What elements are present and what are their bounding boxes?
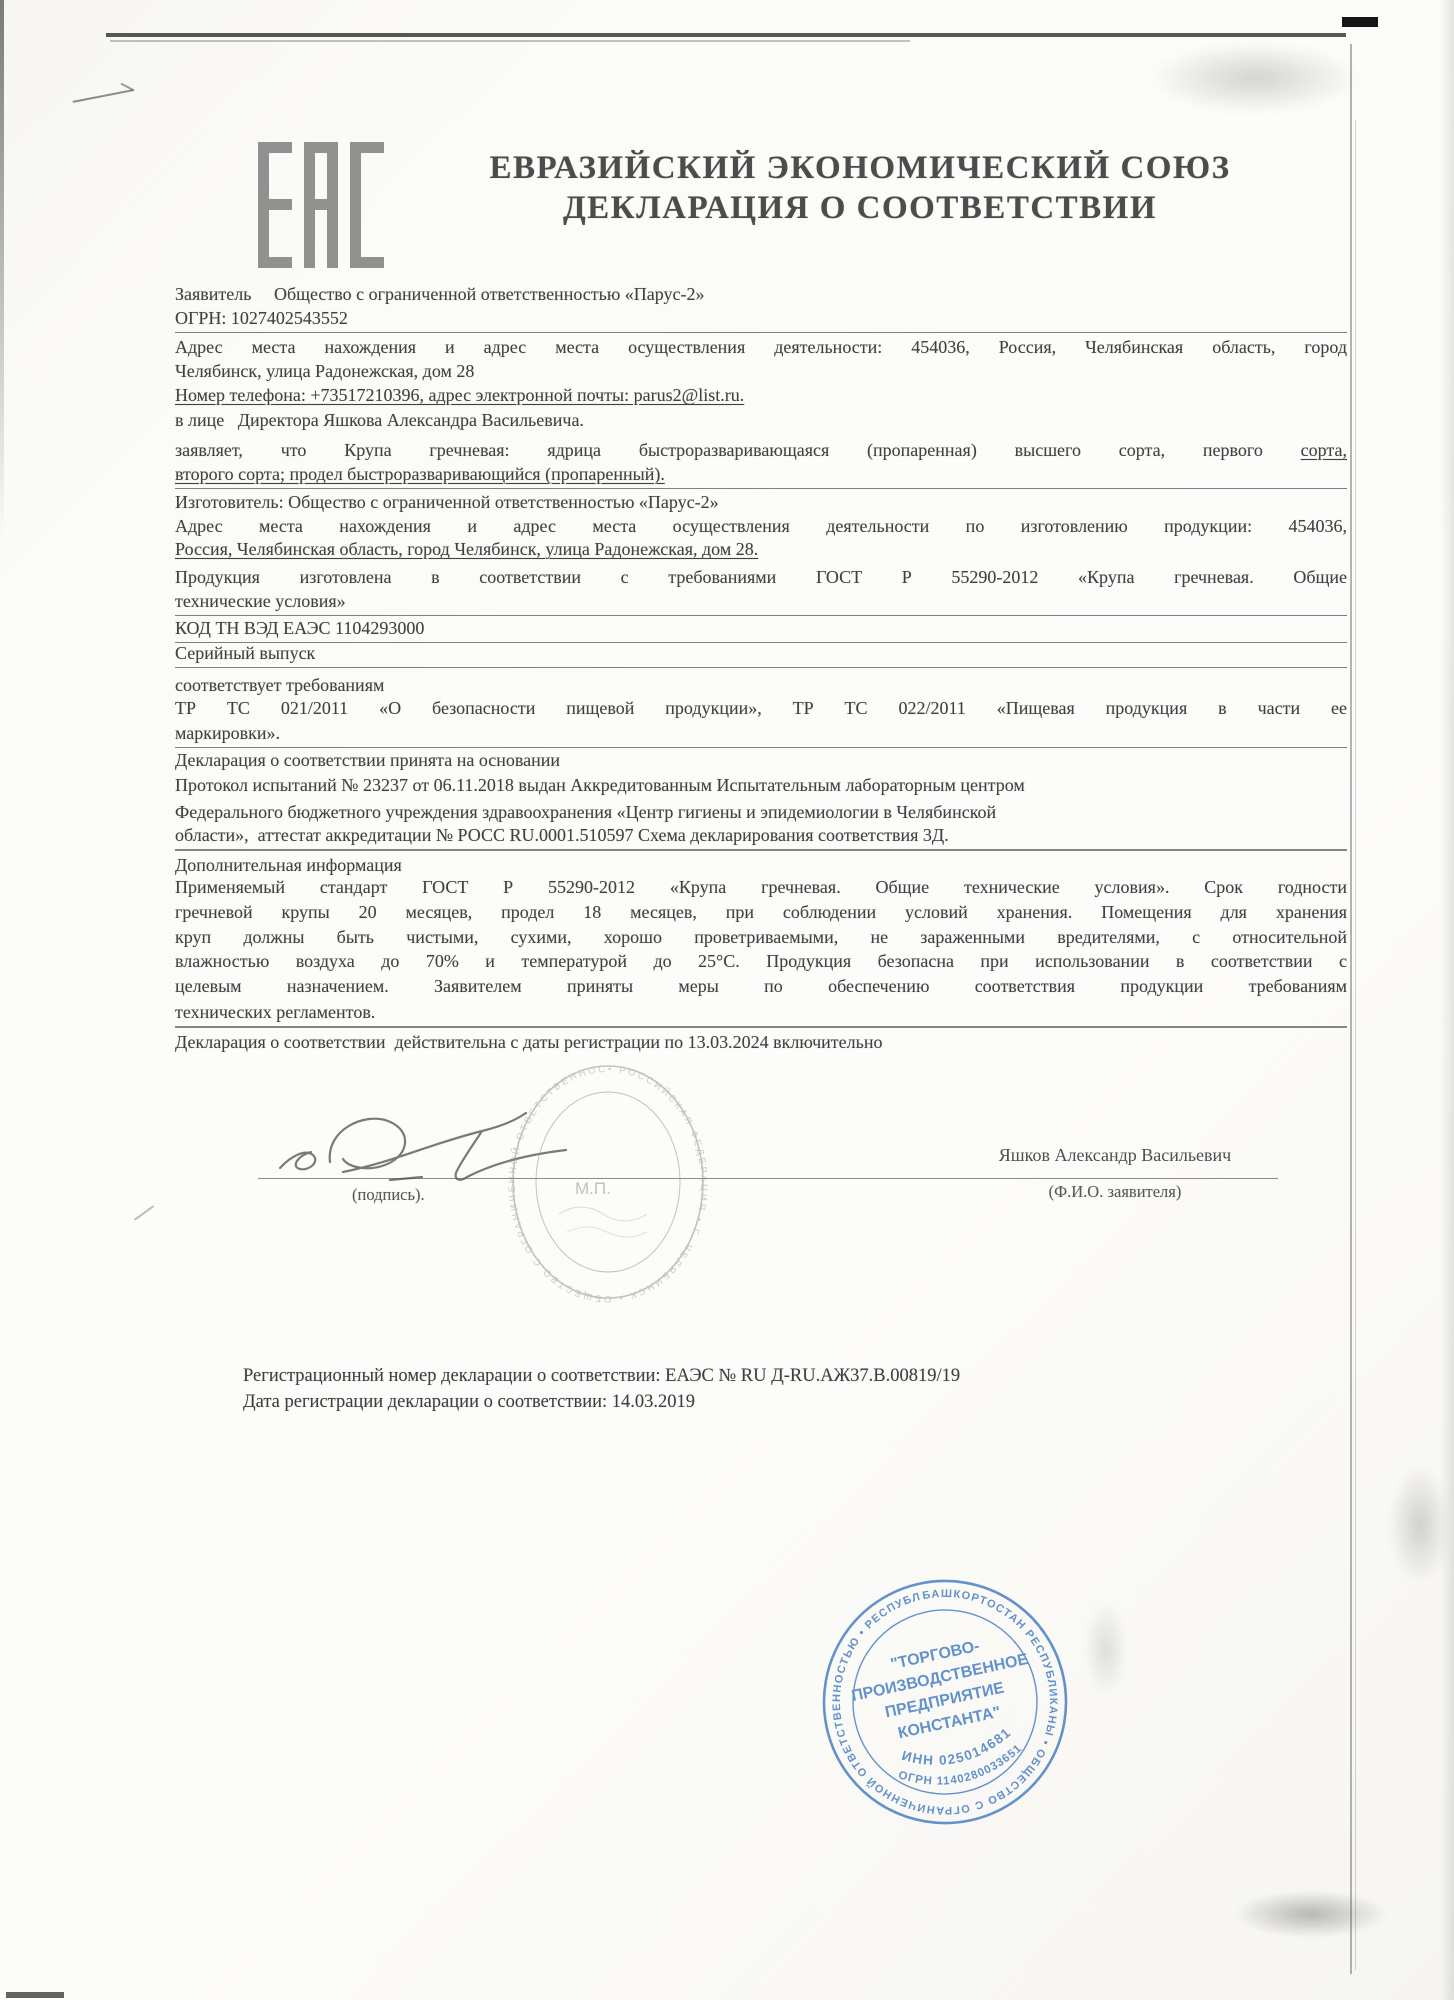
signature-caption: (подпись). [352, 1185, 425, 1205]
declares-text: заявляет, что Крупа гречневая: ядрица бы… [175, 440, 1301, 460]
addinfo-line-3: круп должны быть чистыми, сухими, хорошо… [175, 925, 1347, 951]
product-line-1: Продукция изготовлена в соответствии с т… [175, 565, 1347, 591]
addinfo-line-5: целевым назначением. Заявителем приняты … [175, 974, 1347, 1000]
phone-text: Номер телефона: +73517210396, адрес элек… [175, 385, 744, 405]
declares-line-1: заявляет, что Крупа гречневая: ядрица бы… [175, 438, 1347, 464]
complies-line-2: маркировки». [175, 721, 1347, 748]
smudge-right [1390, 1466, 1450, 1584]
addinfo-line-2: гречневой крупы 20 месяцев, продел 18 ме… [175, 900, 1347, 926]
in-person-line: в лице Директора Яшкова Александра Васил… [175, 408, 1347, 434]
address-line-2: Челябинск, улица Радонежская, дом 28 [175, 359, 1347, 385]
scanned-declaration-page: ЕВРАЗИЙСКИЙ ЭКОНОМИЧЕСКИЙ СОЮЗ ДЕКЛАРАЦИ… [0, 0, 1454, 2000]
gray-round-stamp: • РОССИЙСКАЯ ФЕДЕРАЦИЯ • Г. ЧЕЛЯБИНСК • … [497, 1056, 719, 1308]
title-line-2: ДЕКЛАРАЦИЯ О СООТВЕТСТВИИ [380, 188, 1340, 228]
validity-line: Декларация о соответствии действительна … [175, 1030, 1347, 1056]
declares-line-2: второго сорта; продел быстроразваривающи… [175, 462, 1347, 489]
manufacturer-line: Изготовитель: Общество с ограниченной от… [175, 490, 1347, 516]
mfg-address-2-text: Россия, Челябинская область, город Челяб… [175, 539, 758, 559]
pen-mark [72, 89, 133, 103]
tnved-line: КОД ТН ВЭД ЕАЭС 1104293000 [175, 616, 1347, 643]
scan-edge-shade [1440, 0, 1454, 2000]
declares-2-text: второго сорта; продел быстроразваривающи… [175, 464, 665, 484]
document-title: ЕВРАЗИЙСКИЙ ЭКОНОМИЧЕСКИЙ СОЮЗ ДЕКЛАРАЦИ… [380, 148, 1340, 228]
address-line-1: Адрес места нахождения и адрес места осу… [175, 335, 1347, 361]
pen-mark-left-margin [134, 1205, 155, 1221]
phone-line: Номер телефона: +73517210396, адрес элек… [175, 383, 1347, 409]
fio-caption: (Ф.И.О. заявителя) [950, 1182, 1280, 1202]
smudge-right-small [1085, 1603, 1127, 1695]
stamp-mp-label: М.П. [575, 1179, 611, 1198]
eac-logo [258, 142, 388, 270]
basis-line-1: Протокол испытаний № 23237 от 06.11.2018… [175, 773, 1347, 799]
scan-strip-bottom-left [6, 1992, 64, 1998]
scan-corner-dash [1342, 17, 1378, 27]
scan-edge-left [0, 0, 4, 540]
basis-heading: Декларация о соответствии принята на осн… [175, 748, 1347, 774]
mfg-address-line-2: Россия, Челябинская область, город Челяб… [175, 537, 1347, 563]
addinfo-line-4: влажностью воздуха до 70% и температурой… [175, 949, 1347, 975]
declares-underlined: сорта, [1301, 440, 1347, 460]
scan-edge-right-secondary [1355, 120, 1356, 1970]
blue-company-stamp: БАШКОРТОСТАН РЕСПУБЛИКАНЫ • ОБЩЕСТВО С О… [800, 1557, 1090, 1847]
product-line-2: технические условия» [175, 589, 1347, 616]
signature-line [258, 1178, 1278, 1179]
complies-line-1: ТР ТС 021/2011 «О безопасности пищевой п… [175, 696, 1347, 722]
basis-line-3: области», аттестат аккредитации № РОСС R… [175, 823, 1347, 851]
ogrn-line: ОГРН: 1027402543552 [175, 306, 1347, 333]
title-line-1: ЕВРАЗИЙСКИЙ ЭКОНОМИЧЕСКИЙ СОЮЗ [380, 148, 1340, 188]
applicant-line: Заявитель Общество с ограниченной ответс… [175, 282, 1347, 308]
registration-date-line: Дата регистрации декларации о соответств… [243, 1392, 695, 1413]
applicant-full-name: Яшков Александр Васильевич [950, 1145, 1280, 1166]
scan-line-top-secondary [110, 40, 910, 42]
serial-line: Серийный выпуск [175, 641, 1347, 668]
smudge-bottom-right [1233, 1890, 1388, 1938]
scan-line-top [106, 33, 1346, 37]
scan-edge-right [1350, 44, 1352, 1974]
addinfo-line-1: Применяемый стандарт ГОСТ Р 55290-2012 «… [175, 875, 1347, 901]
smudge-top [1150, 42, 1360, 114]
registration-number-line: Регистрационный номер декларации о соотв… [243, 1366, 960, 1387]
addinfo-line-6: технических регламентов. [175, 1000, 1347, 1028]
